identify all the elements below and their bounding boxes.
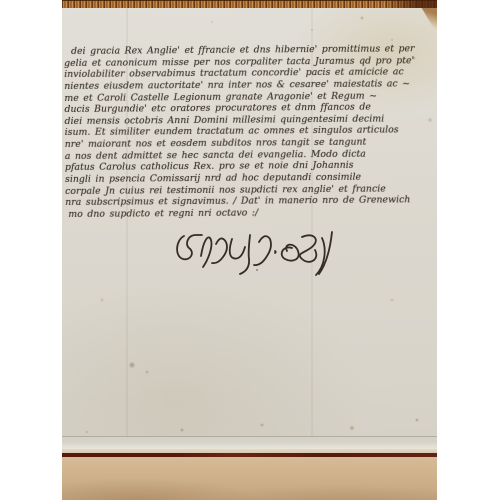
screenshot-canvas: dei gracia Rex Anglie' et ffrancie et dn… <box>0 0 500 500</box>
manuscript-text: dei gracia Rex Anglie' et ffrancie et dn… <box>64 43 437 221</box>
right-white-margin <box>437 0 500 500</box>
gilt-border-strip <box>62 0 437 8</box>
parchment-corner-edge <box>419 8 437 34</box>
manuscript-line: mo dno supdicto et regni nri octavo :/ <box>65 206 437 221</box>
parchment-bottom-edge <box>62 436 437 449</box>
manuscript-photo: dei gracia Rex Anglie' et ffrancie et dn… <box>62 0 437 500</box>
left-white-margin <box>0 0 62 500</box>
backing-board <box>62 457 437 500</box>
royal-signature-flourish-icon <box>174 224 364 282</box>
